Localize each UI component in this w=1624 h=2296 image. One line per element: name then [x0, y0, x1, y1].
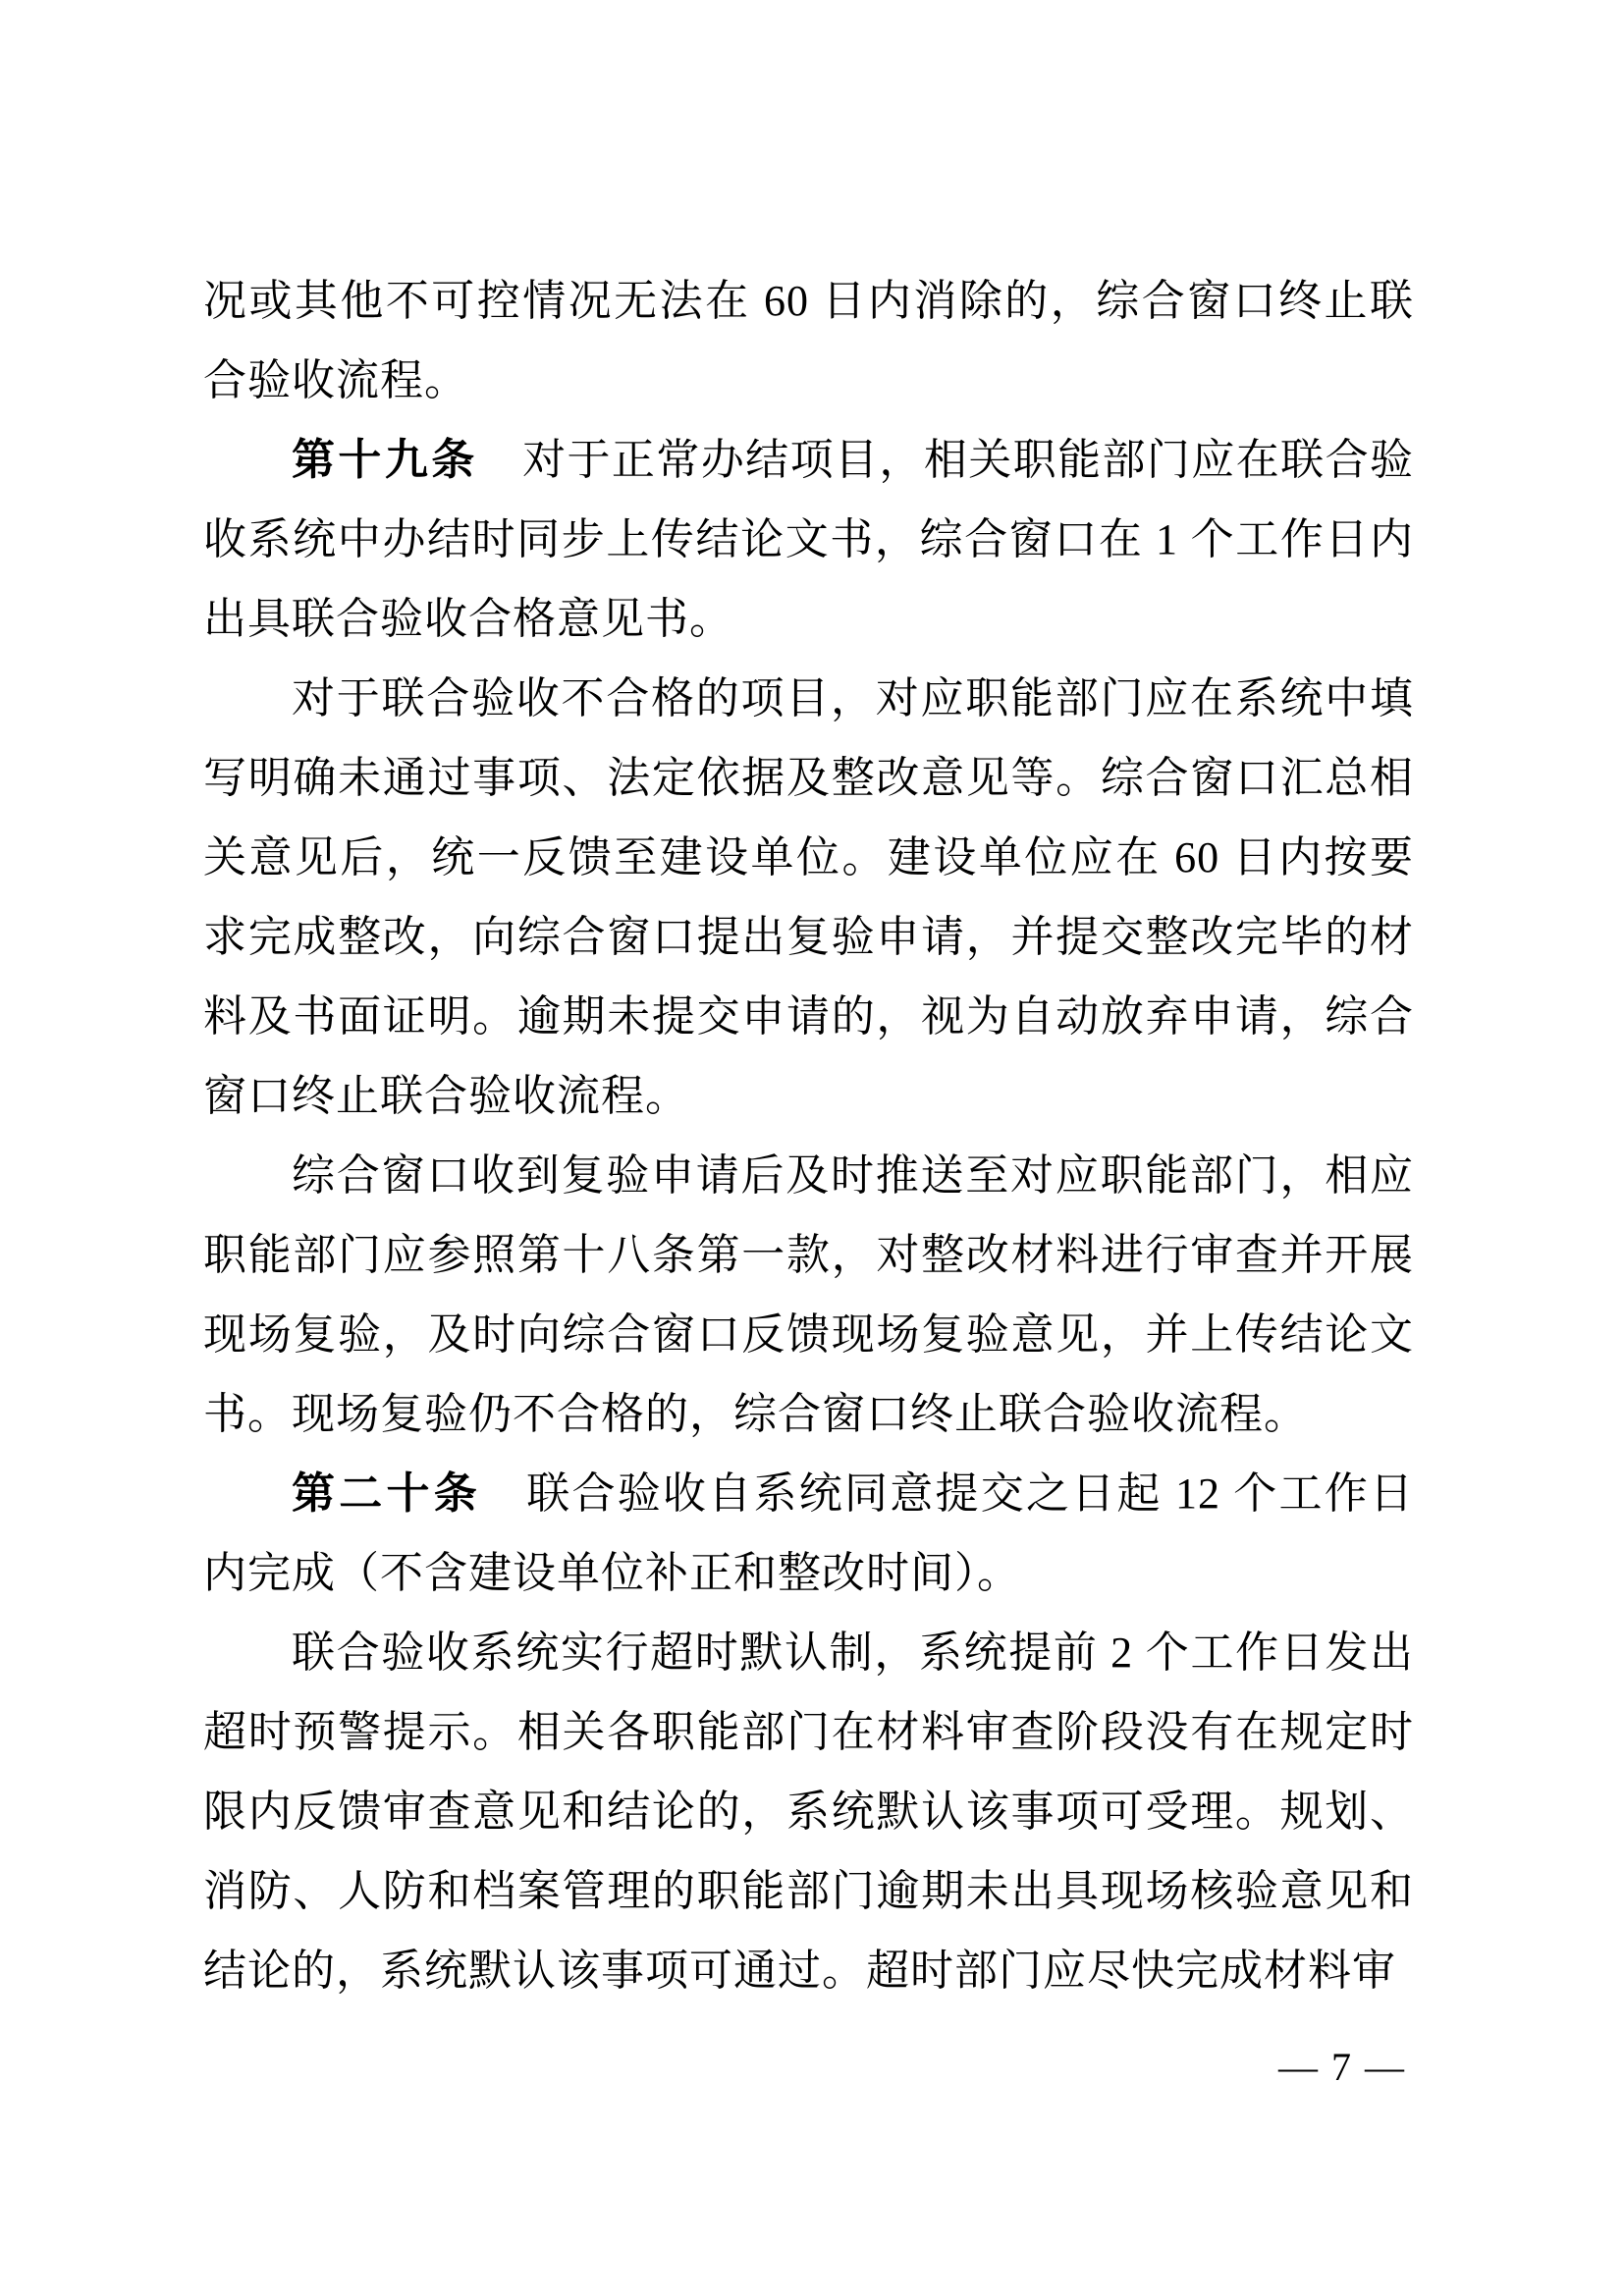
- page-number: — 7 —: [1278, 2044, 1406, 2090]
- paragraph-article-19: 第十九条 对于正常办结项目，相关职能部门应在联合验收系统中办结时同步上传结论文书…: [203, 420, 1414, 659]
- paragraph-continuation: 况或其他不可控情况无法在 60 日内消除的，综合窗口终止联合验收流程。: [203, 261, 1414, 420]
- paragraph-text: 综合窗口收到复验申请后及时推送至对应职能部门，相应职能部门应参照第十八条第一款，…: [203, 1151, 1414, 1438]
- article-20-heading: 第二十条: [292, 1469, 481, 1518]
- article-19-heading: 第十九条: [292, 436, 478, 484]
- paragraph-fail-procedure: 对于联合验收不合格的项目，对应职能部门应在系统中填写明确未通过事项、法定依据及整…: [203, 659, 1414, 1136]
- document-page: 况或其他不可控情况无法在 60 日内消除的，综合窗口终止联合验收流程。 第十九条…: [0, 0, 1624, 2296]
- paragraph-timeout-default: 联合验收系统实行超时默认制，系统提前 2 个工作日发出超时预警提示。相关各职能部…: [203, 1613, 1414, 2010]
- paragraph-reinspection: 综合窗口收到复验申请后及时推送至对应职能部门，相应职能部门应参照第十八条第一款，…: [203, 1136, 1414, 1454]
- document-body: 况或其他不可控情况无法在 60 日内消除的，综合窗口终止联合验收流程。 第十九条…: [203, 261, 1414, 2010]
- paragraph-text: 况或其他不可控情况无法在 60 日内消除的，综合窗口终止联合验收流程。: [203, 277, 1414, 404]
- paragraph-text: 联合验收系统实行超时默认制，系统提前 2 个工作日发出超时预警提示。相关各职能部…: [203, 1629, 1414, 1995]
- paragraph-text: 对于联合验收不合格的项目，对应职能部门应在系统中填写明确未通过事项、法定依据及整…: [203, 674, 1414, 1120]
- paragraph-article-20: 第二十条 联合验收自系统同意提交之日起 12 个工作日内完成（不含建设单位补正和…: [203, 1454, 1414, 1613]
